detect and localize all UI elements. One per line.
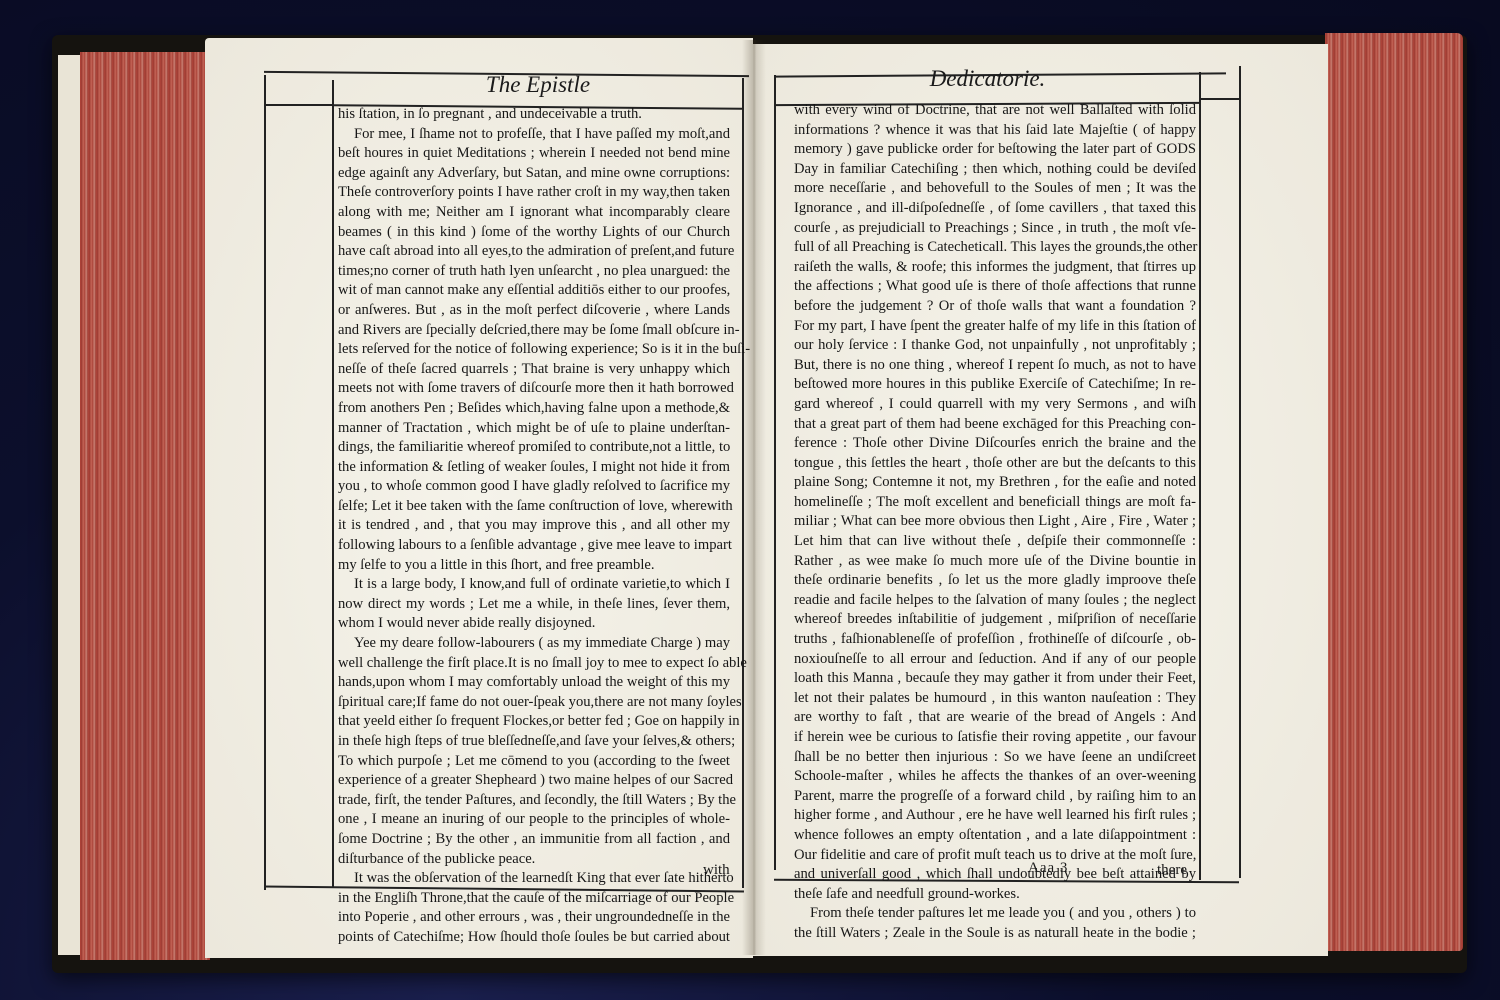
text-line: from anothers Pen ; Beſides which,having…	[338, 399, 730, 419]
text-line: homelineſſe ; The moſt excellent and ben…	[794, 493, 1196, 513]
text-line: loath this Manna , becauſe they may gath…	[794, 669, 1196, 689]
text-line: ſome Doctrine ; By the other , an immuni…	[338, 830, 730, 850]
text-line: For my part, I have ſpent the greater ha…	[794, 317, 1196, 337]
text-line: lets reſerved for the notice of followin…	[338, 340, 730, 360]
text-line: the information & ſetling of weaker ſoul…	[338, 458, 730, 478]
text-line: with every wind of Doctrine, that are no…	[794, 101, 1196, 121]
text-line: well challenge the firſt place.It is no …	[338, 654, 730, 674]
text-line: beſt houres in quiet Meditations ; where…	[338, 144, 730, 164]
text-line: or anſweres. But , as in the moſt perfec…	[338, 301, 730, 321]
text-line: in theſe high ſteps of true bleſſedneſſe…	[338, 732, 730, 752]
text-line: readie and facile helpes to the ſalvatio…	[794, 591, 1196, 611]
left-margin-head-rule	[264, 104, 334, 106]
text-line: have caſt abroad into all eyes,to the ad…	[338, 242, 730, 262]
text-line: let not their palates be humourd , in th…	[794, 689, 1196, 709]
text-line: our holy ſervice : I thanke God, not unp…	[794, 336, 1196, 356]
text-line: Let him that can live without theſe , de…	[794, 532, 1196, 552]
text-line: ſpiritual care;If fame do not ouer-ſpeak…	[338, 693, 730, 713]
text-line: higher forme , and Authour , ere he have…	[794, 806, 1196, 826]
text-line: ference : Thoſe other Divine Diſcourſes …	[794, 434, 1196, 454]
text-line: neſſe of theſe ſacred quarrels ; That br…	[338, 360, 730, 380]
text-line: memory ) gave publicke order for beſtowi…	[794, 140, 1196, 160]
right-outer-margin-rule	[1239, 66, 1241, 878]
right-inner-margin-rule	[1199, 72, 1201, 880]
text-line: Schoole-maſter , whiles he affects the t…	[794, 767, 1196, 787]
text-line: if herein wee be curious to ſatisfie the…	[794, 728, 1196, 748]
right-margin-head-rule	[1199, 98, 1239, 100]
text-line: raiſeth the walls, & roofe; this informe…	[794, 258, 1196, 278]
text-line: points of Catechiſme; How ſhould thoſe ſ…	[338, 928, 730, 948]
text-line: Theſe controverſory points I have rather…	[338, 183, 730, 203]
left-inner-margin-rule	[332, 80, 334, 888]
left-body-text: his ſtation, in ſo pregnant , and undece…	[338, 105, 730, 948]
text-line: theſe ſafe and needfull ground-workes.	[794, 885, 1196, 905]
text-line: one , I meane an inuring of our people t…	[338, 810, 730, 830]
text-line: my ſelfe to you a little in this ſhort, …	[338, 556, 730, 576]
catchword-left: with	[703, 862, 730, 879]
text-line: ſelfe; Let it bee taken with the ſame co…	[338, 497, 730, 517]
text-line: are worthy to faſt , that are wearie of …	[794, 708, 1196, 728]
text-line: that a great part of them had beene exch…	[794, 415, 1196, 435]
signature-mark: Aaa 3	[1028, 860, 1068, 877]
text-line: theſe ordinarie benefits , ſo let us the…	[794, 571, 1196, 591]
left-outer-margin-rule	[264, 75, 266, 890]
text-line: It was the obſervation of the learnedſt …	[338, 869, 730, 889]
text-line: Our fidelitie and care of profit muſt te…	[794, 846, 1196, 866]
text-line: whence followes an empty oſtentation , a…	[794, 826, 1196, 846]
text-line: whereof breedes inſtabilitie of judgemen…	[794, 610, 1196, 630]
text-line: more neceſſarie , and behovefull to the …	[794, 179, 1196, 199]
text-line: Parent, marre the progreſſe of a forward…	[794, 787, 1196, 807]
text-line: diſturbance of the publicke peace.	[338, 850, 730, 870]
catchword-right: there	[1157, 862, 1187, 879]
right-left-rule	[774, 75, 776, 870]
text-line: the ſtill Waters ; Zeale in the Soule is…	[794, 924, 1196, 944]
running-head-left: The Epistle	[334, 72, 742, 98]
text-line: plaine Song; Contemne it not, my Brethre…	[794, 473, 1196, 493]
text-line: the affections ; What good uſe is there …	[794, 277, 1196, 297]
right-page-edges	[1325, 33, 1463, 951]
text-line: gard whereof , I could quarrell with my …	[794, 395, 1196, 415]
text-line: into Poperie , and other errours , was ,…	[338, 908, 730, 928]
right-body-text: with every wind of Doctrine, that are no…	[794, 101, 1196, 944]
text-line: ſhall be no better then injurious : So w…	[794, 748, 1196, 768]
text-line: Rather , as wee make ſo much more uſe of…	[794, 552, 1196, 572]
text-line: whom I would never abide really disjoyne…	[338, 614, 730, 634]
text-line: miliar ; What can bee more obvious then …	[794, 512, 1196, 532]
text-line: Yee my deare follow-labourers ( as my im…	[338, 634, 730, 654]
text-line: Day in familiar Catechiſing ; then which…	[794, 160, 1196, 180]
text-line: times;no corner of truth hath lyen unſea…	[338, 262, 730, 282]
text-line: meets not with ſome travers of diſcourſe…	[338, 379, 730, 399]
text-line: manner of Tractation , which might be of…	[338, 419, 730, 439]
text-line: along with me; Neither am I ignorant wha…	[338, 203, 730, 223]
text-line: Ignorance , and ill-diſpoſedneſſe , of ſ…	[794, 199, 1196, 219]
text-line: following labours to a ſenſible advantag…	[338, 536, 730, 556]
text-line: his ſtation, in ſo pregnant , and undece…	[338, 105, 730, 125]
text-line: dings, the familiaritie whereof promiſed…	[338, 438, 730, 458]
text-line: in the Engliſh Throne,that the cauſe of …	[338, 889, 730, 909]
text-line: To which purpoſe ; Let me cōmend to you …	[338, 752, 730, 772]
text-line: now direct my words ; Let me a while, in…	[338, 595, 730, 615]
gutter-shadow	[742, 40, 766, 955]
text-line: For mee, I ſhame not to profeſſe, that I…	[338, 125, 730, 145]
text-line: courſe , as prejudiciall to Preachings ;…	[794, 219, 1196, 239]
text-line: edge againſt any Adverſary, but Satan, a…	[338, 164, 730, 184]
text-line: experience of a greater Shepheard ) two …	[338, 771, 730, 791]
text-line: beames ( in this kind ) ſome of the wort…	[338, 223, 730, 243]
text-line: wit of man cannot make any eſſential add…	[338, 281, 730, 301]
text-line: you , to whoſe common good I have gladly…	[338, 477, 730, 497]
text-line: It is a large body, I know,and full of o…	[338, 575, 730, 595]
text-line: and Rivers are ſpecially deſcried,there …	[338, 321, 730, 341]
text-line: truths , faſhionableneſſe of profeſſion …	[794, 630, 1196, 650]
text-line: informations ? whence it was that his ſa…	[794, 121, 1196, 141]
text-line: noxiouſneſſe to all errour and ſeduction…	[794, 650, 1196, 670]
text-line: But, there is no one thing , whereof I r…	[794, 356, 1196, 376]
text-line: that yeeld either ſo frequent Flockes,or…	[338, 712, 730, 732]
text-line: and univerſall good , which ſhall undoub…	[794, 865, 1196, 885]
running-head-right: Dedicatorie.	[776, 66, 1199, 92]
text-line: From theſe tender paſtures let me leade …	[794, 904, 1196, 924]
text-line: trade, firſt, the tender Paſtures, and ſ…	[338, 791, 730, 811]
text-line: hands,upon whom I may comfortably unload…	[338, 673, 730, 693]
text-line: it is tendred , and , that you may impro…	[338, 516, 730, 536]
text-line: full of all Preaching is Catecheticall. …	[794, 238, 1196, 258]
text-line: before the judgement ? Or of thoſe walls…	[794, 297, 1196, 317]
text-line: beſtowed more houres in this publike Exe…	[794, 375, 1196, 395]
text-line: tongue , this ſettles the heart , thoſe …	[794, 454, 1196, 474]
left-page-edges	[80, 52, 210, 960]
